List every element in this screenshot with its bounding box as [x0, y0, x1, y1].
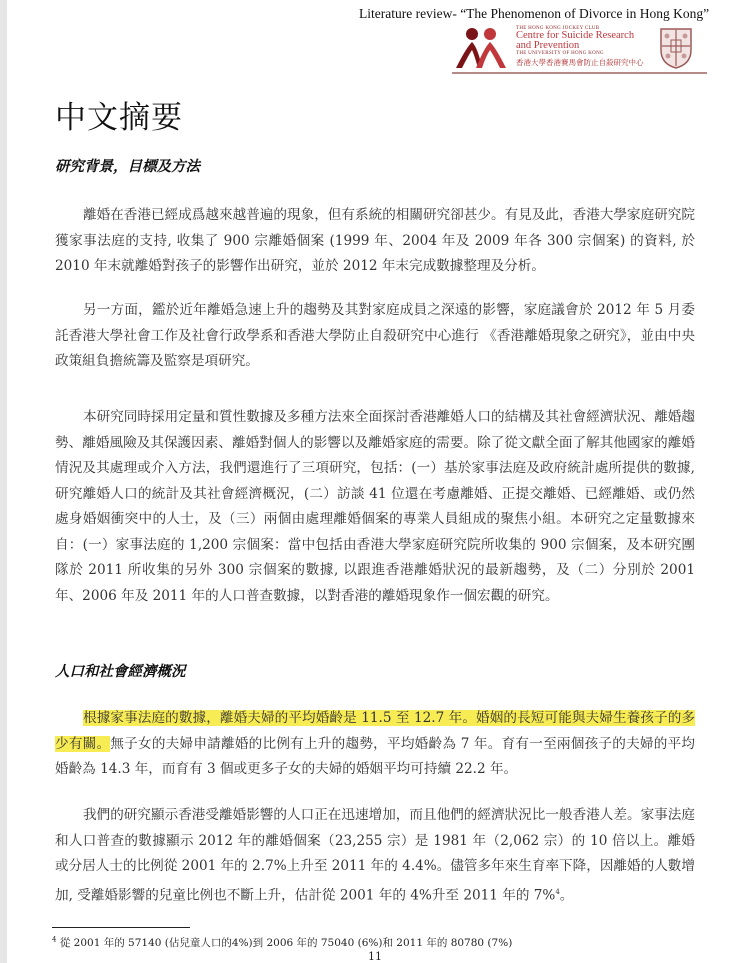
header-divider: [452, 72, 707, 74]
paragraph-marriage-duration: 根據家事法庭的數據，離婚夫婦的平均婚齡是 11.5 至 12.7 年。婚姻的長短…: [55, 706, 695, 783]
two-figures-logo-icon: [452, 26, 516, 70]
footnote-divider: [52, 927, 190, 928]
paragraph-end: 。: [560, 887, 574, 903]
running-header-title: Literature review- “The Phenomenon of Di…: [359, 6, 734, 22]
footnote-number: 4: [52, 936, 56, 944]
paragraph-background-1: 離婚在香港已經成爲越來越普遍的現象，但有系統的相關研究卻甚少。有見及此，香港大學…: [55, 203, 695, 280]
logo-line-prevention: and Prevention: [516, 41, 656, 51]
section-heading-background: 研究背景，目標及方法: [55, 155, 200, 176]
footnote-text: 從 2001 年的 57140 (佔兒童人口的4%)到 2006 年的 7504…: [60, 937, 512, 949]
csrp-logo: THE HONG KONG JOCKEY CLUB Centre for Sui…: [452, 26, 704, 72]
paragraph-text: 無子女的夫婦申請離婚的比例有上升的趨勢，平均婚齡為 7 年。育有一至兩個孩子的夫…: [55, 736, 695, 778]
paragraph-background-2: 另一方面，鑑於近年離婚急速上升的趨勢及其對家庭成員之深遠的影響，家庭議會於 20…: [55, 298, 695, 375]
logo-line-chinese: 香港大學香港賽馬會防止自殺研究中心: [516, 57, 656, 68]
hku-crest-icon: [658, 26, 694, 70]
paragraph-divorce-population: 我們的研究顯示香港受離婚影響的人口正在迅速增加，而且他們的經濟狀況比一般香港人差…: [55, 803, 695, 909]
footnote: 4 從 2001 年的 57140 (佔兒童人口的4%)到 2006 年的 75…: [52, 935, 512, 950]
page-title: 中文摘要: [55, 92, 183, 137]
paragraph-methods: 本研究同時採用定量和質性數據及多種方法來全面探討香港離婚人口的結構及其社會經濟狀…: [55, 405, 695, 609]
logo-text-block: THE HONG KONG JOCKEY CLUB Centre for Sui…: [516, 26, 656, 68]
viewer-gutter: [0, 0, 7, 963]
paragraph-text: 我們的研究顯示香港受離婚影響的人口正在迅速增加，而且他們的經濟狀況比一般香港人差…: [55, 807, 695, 903]
section-heading-demographics: 人口和社會經濟概況: [55, 660, 186, 681]
logo-line-hku: THE UNIVERSITY OF HONG KONG: [516, 51, 656, 56]
page-number: 11: [368, 950, 382, 963]
